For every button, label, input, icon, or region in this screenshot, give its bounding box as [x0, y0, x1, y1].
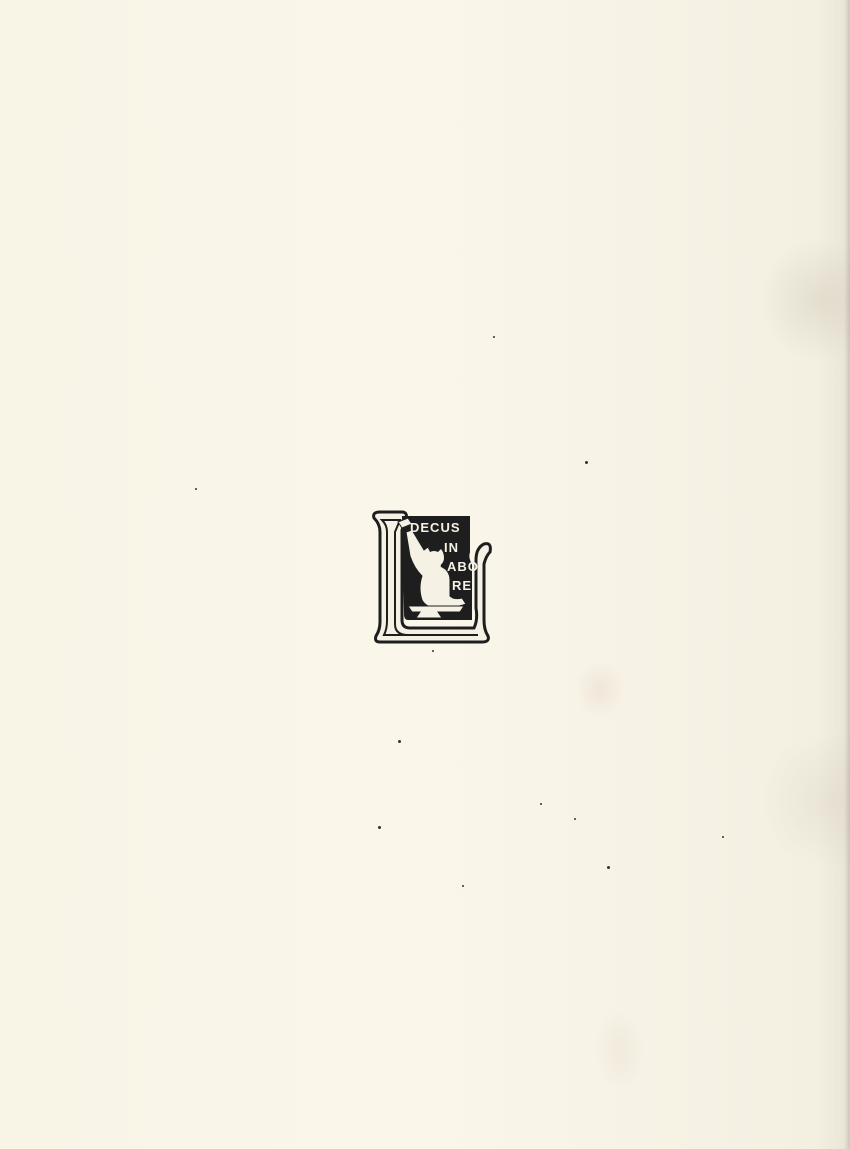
book-back-cover: DECUS IN LABO RE	[0, 0, 850, 1149]
motto-line-decus: DECUS	[410, 521, 461, 534]
motto-line-re: RE	[452, 579, 472, 592]
paper-speck	[398, 740, 401, 743]
paper-speck	[540, 803, 542, 805]
page-edge-shadow	[844, 0, 850, 1149]
paper-speck	[195, 488, 197, 490]
paper-speck	[574, 818, 576, 820]
paper-speck	[722, 836, 724, 838]
paper-speck	[432, 650, 434, 652]
motto-line-in: IN	[444, 541, 459, 554]
publisher-emblem: DECUS IN LABO RE	[368, 508, 496, 646]
paper-speck	[607, 866, 610, 869]
paper-speck	[585, 461, 588, 464]
motto-line-labo: LABO	[438, 560, 479, 573]
paper-speck	[462, 885, 464, 887]
paper-speck	[378, 826, 381, 829]
paper-speck	[493, 336, 495, 338]
